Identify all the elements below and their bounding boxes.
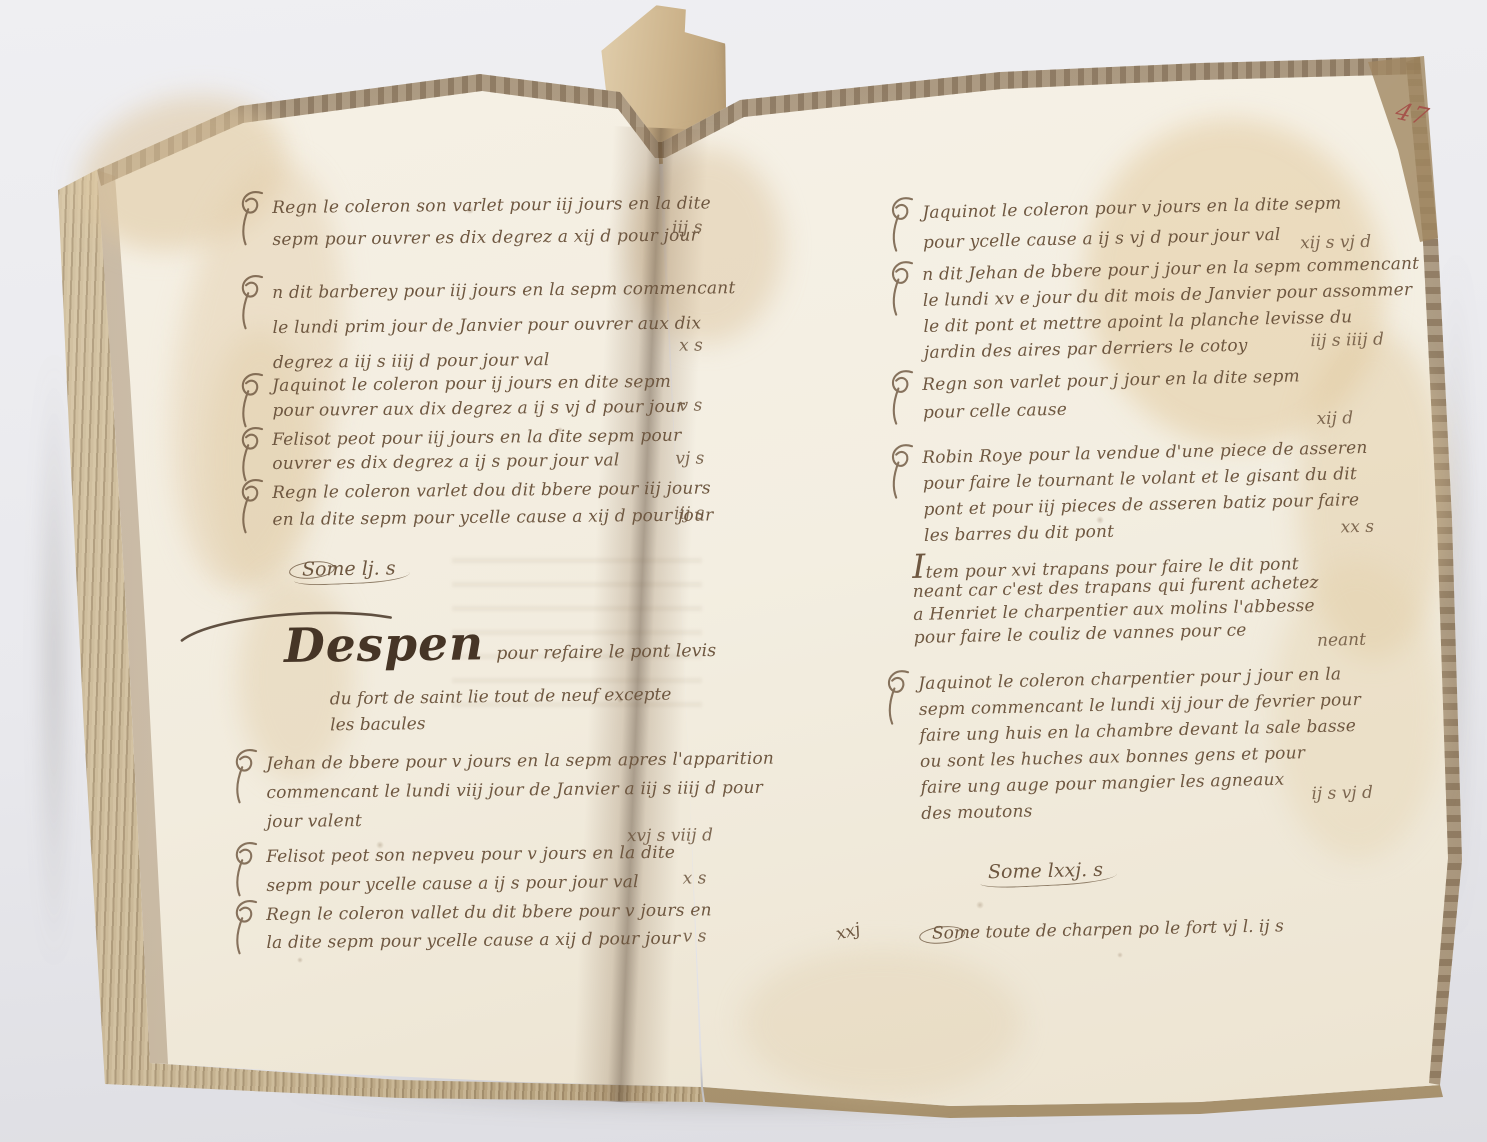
entry-line: sepm pour ouvrer es dix degrez a xij d p… <box>272 219 702 256</box>
section-heading: Despen pour refaire le pont levis <box>284 617 717 670</box>
entry-line: le lundi prim jour de Janvier pour ouvre… <box>272 306 702 346</box>
ledger-entry: Jaquinot le coleron pour ij jours en dit… <box>272 369 703 424</box>
entry-amount: xij d <box>1316 408 1353 429</box>
photo-backdrop: Some lj. s Despen pour refaire le pont l… <box>0 0 1487 1142</box>
sum-line-right: Some lxxj. s <box>988 859 1103 883</box>
handwritten-text-layer: Some lj. s Despen pour refaire le pont l… <box>0 0 1487 1142</box>
entry-line: pour ouvrer aux dix degrez a ij s vj d p… <box>272 394 702 424</box>
heading-sub-line: du fort de saint lie tout de neuf except… <box>330 682 672 713</box>
entry-amount: xij s vj d <box>1300 232 1371 254</box>
paraph-flourish-icon <box>884 668 913 727</box>
manuscript-book: Some lj. s Despen pour refaire le pont l… <box>0 0 1487 1142</box>
entry-amount: ij s vj d <box>1311 783 1373 804</box>
paraph-flourish-icon <box>232 840 261 898</box>
entry-amount: iij s <box>674 503 704 523</box>
entry-amount: x s <box>679 335 703 355</box>
total-line: Some toute de charpen po le fort vj l. i… <box>932 916 1284 943</box>
entry-amount: iij s iiij d <box>1310 330 1384 352</box>
entry-line: Regn le coleron son varlet pour iij jour… <box>272 187 702 224</box>
entry-line: la dite sepm pour ycelle cause a xij d p… <box>266 924 706 957</box>
paraph-flourish-icon <box>232 747 261 805</box>
ledger-entry: Regn son varlet pour j jour en la dite s… <box>922 361 1353 427</box>
paraph-flourish-icon <box>232 898 261 956</box>
entry-amount: xx s <box>1340 517 1374 538</box>
ledger-entry: Jaquinot le coleron pour v jours en la d… <box>922 188 1371 258</box>
ledger-entry: n dit barberey pour iij jours en la sepm… <box>272 271 703 380</box>
entry-line: commencant le lundi viij jour de Janvier… <box>266 774 712 808</box>
heading-swash-flourish <box>178 605 394 648</box>
paraph-flourish-icon <box>888 259 917 318</box>
folio-number: 47 <box>1392 97 1434 130</box>
ledger-entry: Felisot peot pour iij jours en la dite s… <box>272 423 704 476</box>
paraph-flourish-icon <box>888 368 917 427</box>
paraph-flourish-icon <box>888 442 917 501</box>
ledger-entry: Regn le coleron vallet du dit bbere pour… <box>266 896 707 957</box>
ledger-entry: Jehan de bbere pour v jours en la sepm a… <box>266 745 713 837</box>
heading-sub-lines: du fort de saint lie tout de neuf except… <box>330 682 672 739</box>
paraph-flourish-icon <box>238 371 267 429</box>
paraph-flourish-icon <box>238 425 267 483</box>
entry-line: sepm pour ycelle cause a ij s pour jour … <box>266 867 706 901</box>
entry-amount: vj s <box>675 448 704 468</box>
paraph-flourish-icon <box>238 273 267 331</box>
entry-amount: v s <box>683 926 707 946</box>
ledger-entry: Jaquinot le coleron charpentier pour j j… <box>918 661 1373 827</box>
heading-rest: pour refaire le pont levis <box>496 641 716 664</box>
ledger-entry: Felisot peot son nepveu pour v jours en … <box>266 838 707 901</box>
ledger-entry: Item pour xvi trapans pour faire le dit … <box>912 548 1366 650</box>
entry-amount: neant <box>1317 630 1366 651</box>
entry-line: Felisot peot son nepveu pour v jours en … <box>266 838 706 872</box>
paraph-flourish-icon <box>888 195 917 254</box>
ledger-entry: Regn le coleron varlet dou dit bbere pou… <box>272 475 705 534</box>
entry-amount: iij s <box>672 217 702 237</box>
ledger-entry: n dit Jehan de bbere pour j jour en la s… <box>922 252 1384 366</box>
entry-line: ouvrer es dix degrez a ij s pour jour va… <box>272 447 704 476</box>
entry-line: Jehan de bbere pour v jours en la sepm a… <box>266 745 712 779</box>
sum-line-left: Some lj. s <box>302 557 396 580</box>
entry-line: n dit barberey pour iij jours en la sepm… <box>272 271 702 311</box>
heading-sub-line: les bacules <box>330 708 672 739</box>
entry-amount: x s <box>683 868 707 888</box>
entry-line: Felisot peot pour iij jours en la dite s… <box>272 423 704 452</box>
ledger-entry: Regn le coleron son varlet pour iij jour… <box>272 187 703 255</box>
ledger-entry: Robin Roye pour la vendue d'une piece de… <box>922 435 1374 549</box>
margin-note: xxj <box>834 919 863 944</box>
entry-amount: v s <box>679 395 703 415</box>
paraph-flourish-icon <box>238 477 267 535</box>
entry-line: en la dite sepm pour ycelle cause a xij … <box>272 502 704 534</box>
paraph-flourish-icon <box>238 189 267 247</box>
